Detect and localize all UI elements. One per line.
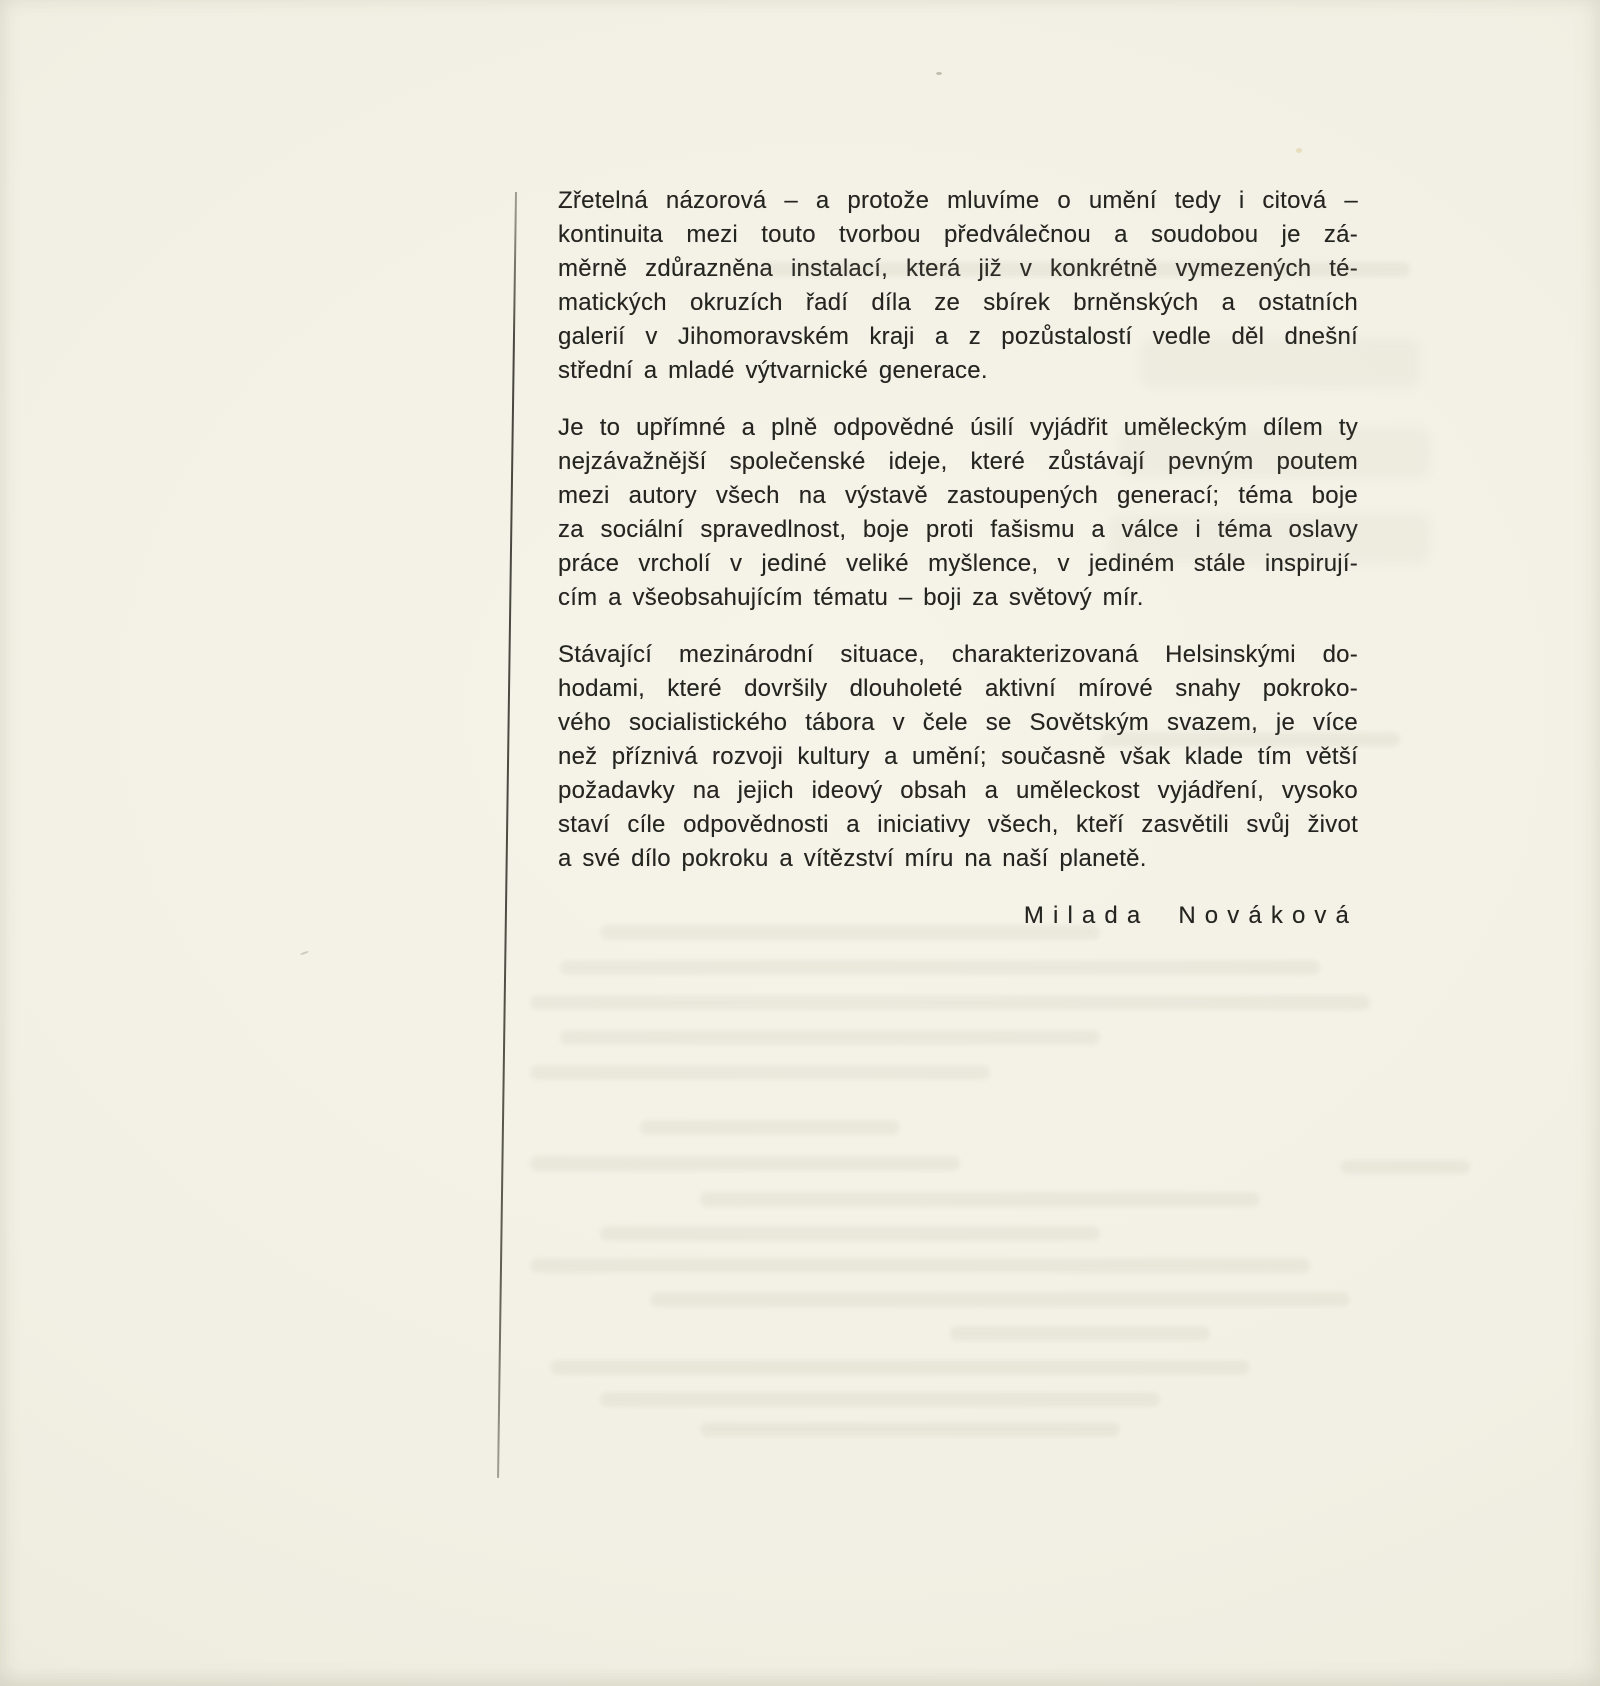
text-line: Zřetelná názorová – a protože mluvíme o … [558,184,1358,218]
paper-speck [936,72,942,75]
showthrough-line [760,262,1410,277]
text-line: požadavky na jejich ideový obsah a uměle… [558,774,1358,808]
text-line: hodami, které dovršily dlouholeté aktivn… [558,672,1358,706]
column-rule [497,192,517,1478]
paper-speck [1296,148,1302,153]
showthrough-line [560,1030,1100,1045]
showthrough-line [530,1156,960,1171]
text-line: staví cíle odpovědnosti a iniciativy vše… [558,808,1358,842]
showthrough-line [550,1360,1250,1375]
showthrough-title-row [1118,428,1430,478]
showthrough-line [640,1120,900,1135]
showthrough-line [1340,1160,1470,1174]
showthrough-line [560,960,1320,975]
showthrough-line [650,1292,1350,1307]
showthrough-title-row [1140,338,1420,388]
text-line: a své dílo pokroku a vítězství míru na n… [558,842,1358,876]
text-line: mezi autory všech na výstavě zastoupenýc… [558,479,1358,513]
showthrough-line [600,925,1100,940]
paper-speck [300,951,309,956]
showthrough-line [600,1226,1100,1241]
showthrough-title-row [1108,514,1430,564]
showthrough-line [600,1392,1160,1407]
showthrough-line [530,1065,990,1080]
showthrough-line [1100,732,1400,747]
text-line: kontinuita mezi touto tvorbou předválečn… [558,218,1358,252]
showthrough-line [700,1192,1260,1207]
text-line: cím a všeobsahujícím tématu – boji za sv… [558,581,1358,615]
showthrough-line [530,1258,1310,1273]
text-line: Stávající mezinárodní situace, charakter… [558,638,1358,672]
showthrough-line [700,1422,1120,1437]
showthrough-line [530,995,1370,1010]
scanned-book-page: Zřetelná názorová – a protože mluvíme o … [0,0,1600,1686]
paragraph: Stávající mezinárodní situace, charakter… [558,638,1358,876]
showthrough-line [950,1326,1210,1341]
text-line: matických okruzích řadí díla ze sbírek b… [558,286,1358,320]
